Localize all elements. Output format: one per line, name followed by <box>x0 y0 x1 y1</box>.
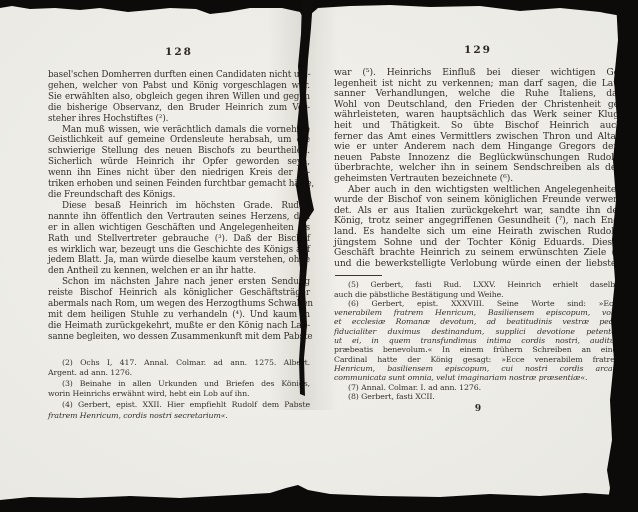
body-text-line: steher ihres Hochstiftes (²). <box>48 114 310 125</box>
body-text-line: abermals nach Rom, um wegen des Herzogth… <box>48 299 310 310</box>
footnote-line: venerabilem fratrem Henricum, Basiliense… <box>334 308 622 317</box>
body-text-line: und die bewerkstelligte Verlobung würde … <box>334 259 622 270</box>
body-text-line: Sicherlich würde Heinrich ihr Opfer gewo… <box>48 157 310 168</box>
left-page: 128 basel'schen Domherren durften einen … <box>48 46 310 421</box>
body-text-line: jedem Blatt. Ja, man würde dieselbe kaum… <box>48 255 310 266</box>
footnote-line: auch die päbstliche Bestätigung und Weih… <box>334 290 622 299</box>
footnote-line: worin Heinrichs erwähnt wird, hebt ein L… <box>48 389 310 400</box>
footnote-line: et ecclesiæ Romanæ devotum, ad beatitudi… <box>334 317 622 326</box>
footnote-line: communicata sunt omnia, velut imaginaria… <box>334 373 622 382</box>
body-text-line: Rath und Stellvertreter gebrauche (³). D… <box>48 234 310 245</box>
footnote-line: fiducialiter duximus destinandum, suppli… <box>334 327 622 336</box>
left-page-body-text: basel'schen Domherren durften einen Cand… <box>48 70 310 343</box>
signature-mark: 9 <box>334 404 622 414</box>
body-text-line: die Freundschaft des Königs. <box>48 190 310 201</box>
footnote-line: Cardinal hatte der König gesagt: »Ecce v… <box>334 355 622 364</box>
body-text-line: die bisherige Observanz, den Bruder Hein… <box>48 103 310 114</box>
right-page-number: 129 <box>334 44 622 56</box>
scanned-book-spread: 128 basel'schen Domherren durften einen … <box>0 0 638 512</box>
body-text-line: gehen, welcher von Pabst und König vorge… <box>48 81 310 92</box>
body-text-line: Geistlichkeit auf gemeine Ordensleute he… <box>48 135 310 146</box>
body-text-line: schwierige Stellung des neuen Bischofs z… <box>48 146 310 157</box>
footnote-line: (4) Gerbert, epist. XXII. Hier empfiehlt… <box>48 400 310 411</box>
body-text-line: mit dem heiligen Stuhle zu verhandeln (⁴… <box>48 310 310 321</box>
footnote-line: Henricum, basiliensem episcopum, cui nos… <box>334 364 622 373</box>
footnote-line: (3) Beinahe in allen Urkunden und Briefe… <box>48 379 310 390</box>
body-text-line: es wirklich war, bezeugt uns die Geschic… <box>48 245 310 256</box>
body-text-line: den Antheil zu kennen, welchen er an ihr… <box>48 266 310 277</box>
body-text-line: Sie erwählten also, obgleich gegen ihren… <box>48 92 310 103</box>
footnote-separator-rule <box>335 275 382 276</box>
footnote-line: præbeatis benevolum.« In einem frühern S… <box>334 345 622 354</box>
body-text-line: wenn ihn Eines nicht über den niedrigen … <box>48 168 310 179</box>
footnote-line: (7) Annal. Colmar. I. ad ann. 1276. <box>334 383 622 392</box>
footnote-line: (8) Gerbert, fasti XCII. <box>334 392 622 401</box>
body-text-line: basel'schen Domherren durften einen Cand… <box>48 70 310 81</box>
body-text-line: nannte ihn öffentlich den Vertrauten sei… <box>48 212 310 223</box>
body-text-line: land. Es handelte sich um eine Heirath z… <box>334 227 622 238</box>
footnote-line: fratrem Henricum, cordis nostri secretar… <box>48 411 310 422</box>
body-text-line: heit und Thätigkeit. So übte Bischof Hei… <box>334 121 622 132</box>
footnote-line: Argent. ad ann. 1276. <box>48 368 310 379</box>
left-page-footnotes: (2) Ochs I, 417. Annal. Colmar. ad ann. … <box>48 358 310 422</box>
body-text-line: Diese besaß Heinrich im höchsten Grade. … <box>48 201 310 212</box>
footnote-line: (2) Ochs I, 417. Annal. Colmar. ad ann. … <box>48 358 310 369</box>
body-text-line: die Heimath zurückgekehrt, mußte er den … <box>48 321 310 332</box>
footnote-line: ut ei, in quem transfundimus intima cord… <box>334 336 622 345</box>
body-text-line: sanne begleiten, wo dessen Zusammenkunft… <box>48 332 310 343</box>
body-text-line: war (⁵). Heinrichs Einfluß bei dieser wi… <box>334 68 622 79</box>
body-text-line: Schon im nächsten Jahre nach jener erste… <box>48 277 310 288</box>
right-page-footnotes: (5) Gerbert, fasti Rud. LXXV. Heinrich e… <box>334 280 622 401</box>
right-page: 129 war (⁵). Heinrichs Einfluß bei diese… <box>334 44 622 414</box>
footnote-line: (6) Gerbert, epist. XXXVIII. Seine Worte… <box>334 299 622 308</box>
right-page-body-text: war (⁵). Heinrichs Einfluß bei dieser wi… <box>334 68 622 269</box>
body-text-line: geheimsten Vertrauten bezeichnete (⁶). <box>334 174 622 185</box>
body-text-line: er in allen wichtigen Geschäften und Ang… <box>48 223 310 234</box>
left-page-number: 128 <box>48 46 310 58</box>
footnote-line: (5) Gerbert, fasti Rud. LXXV. Heinrich e… <box>334 280 622 289</box>
body-text-line: Man muß wissen, wie verächtlich damals d… <box>48 125 310 136</box>
scan-artifact-bottom-edge <box>0 485 638 512</box>
body-text-line: reiste Bischof Heinrich als königlicher … <box>48 288 310 299</box>
body-text-line: triken erhoben und seinen Feinden furcht… <box>48 179 310 190</box>
